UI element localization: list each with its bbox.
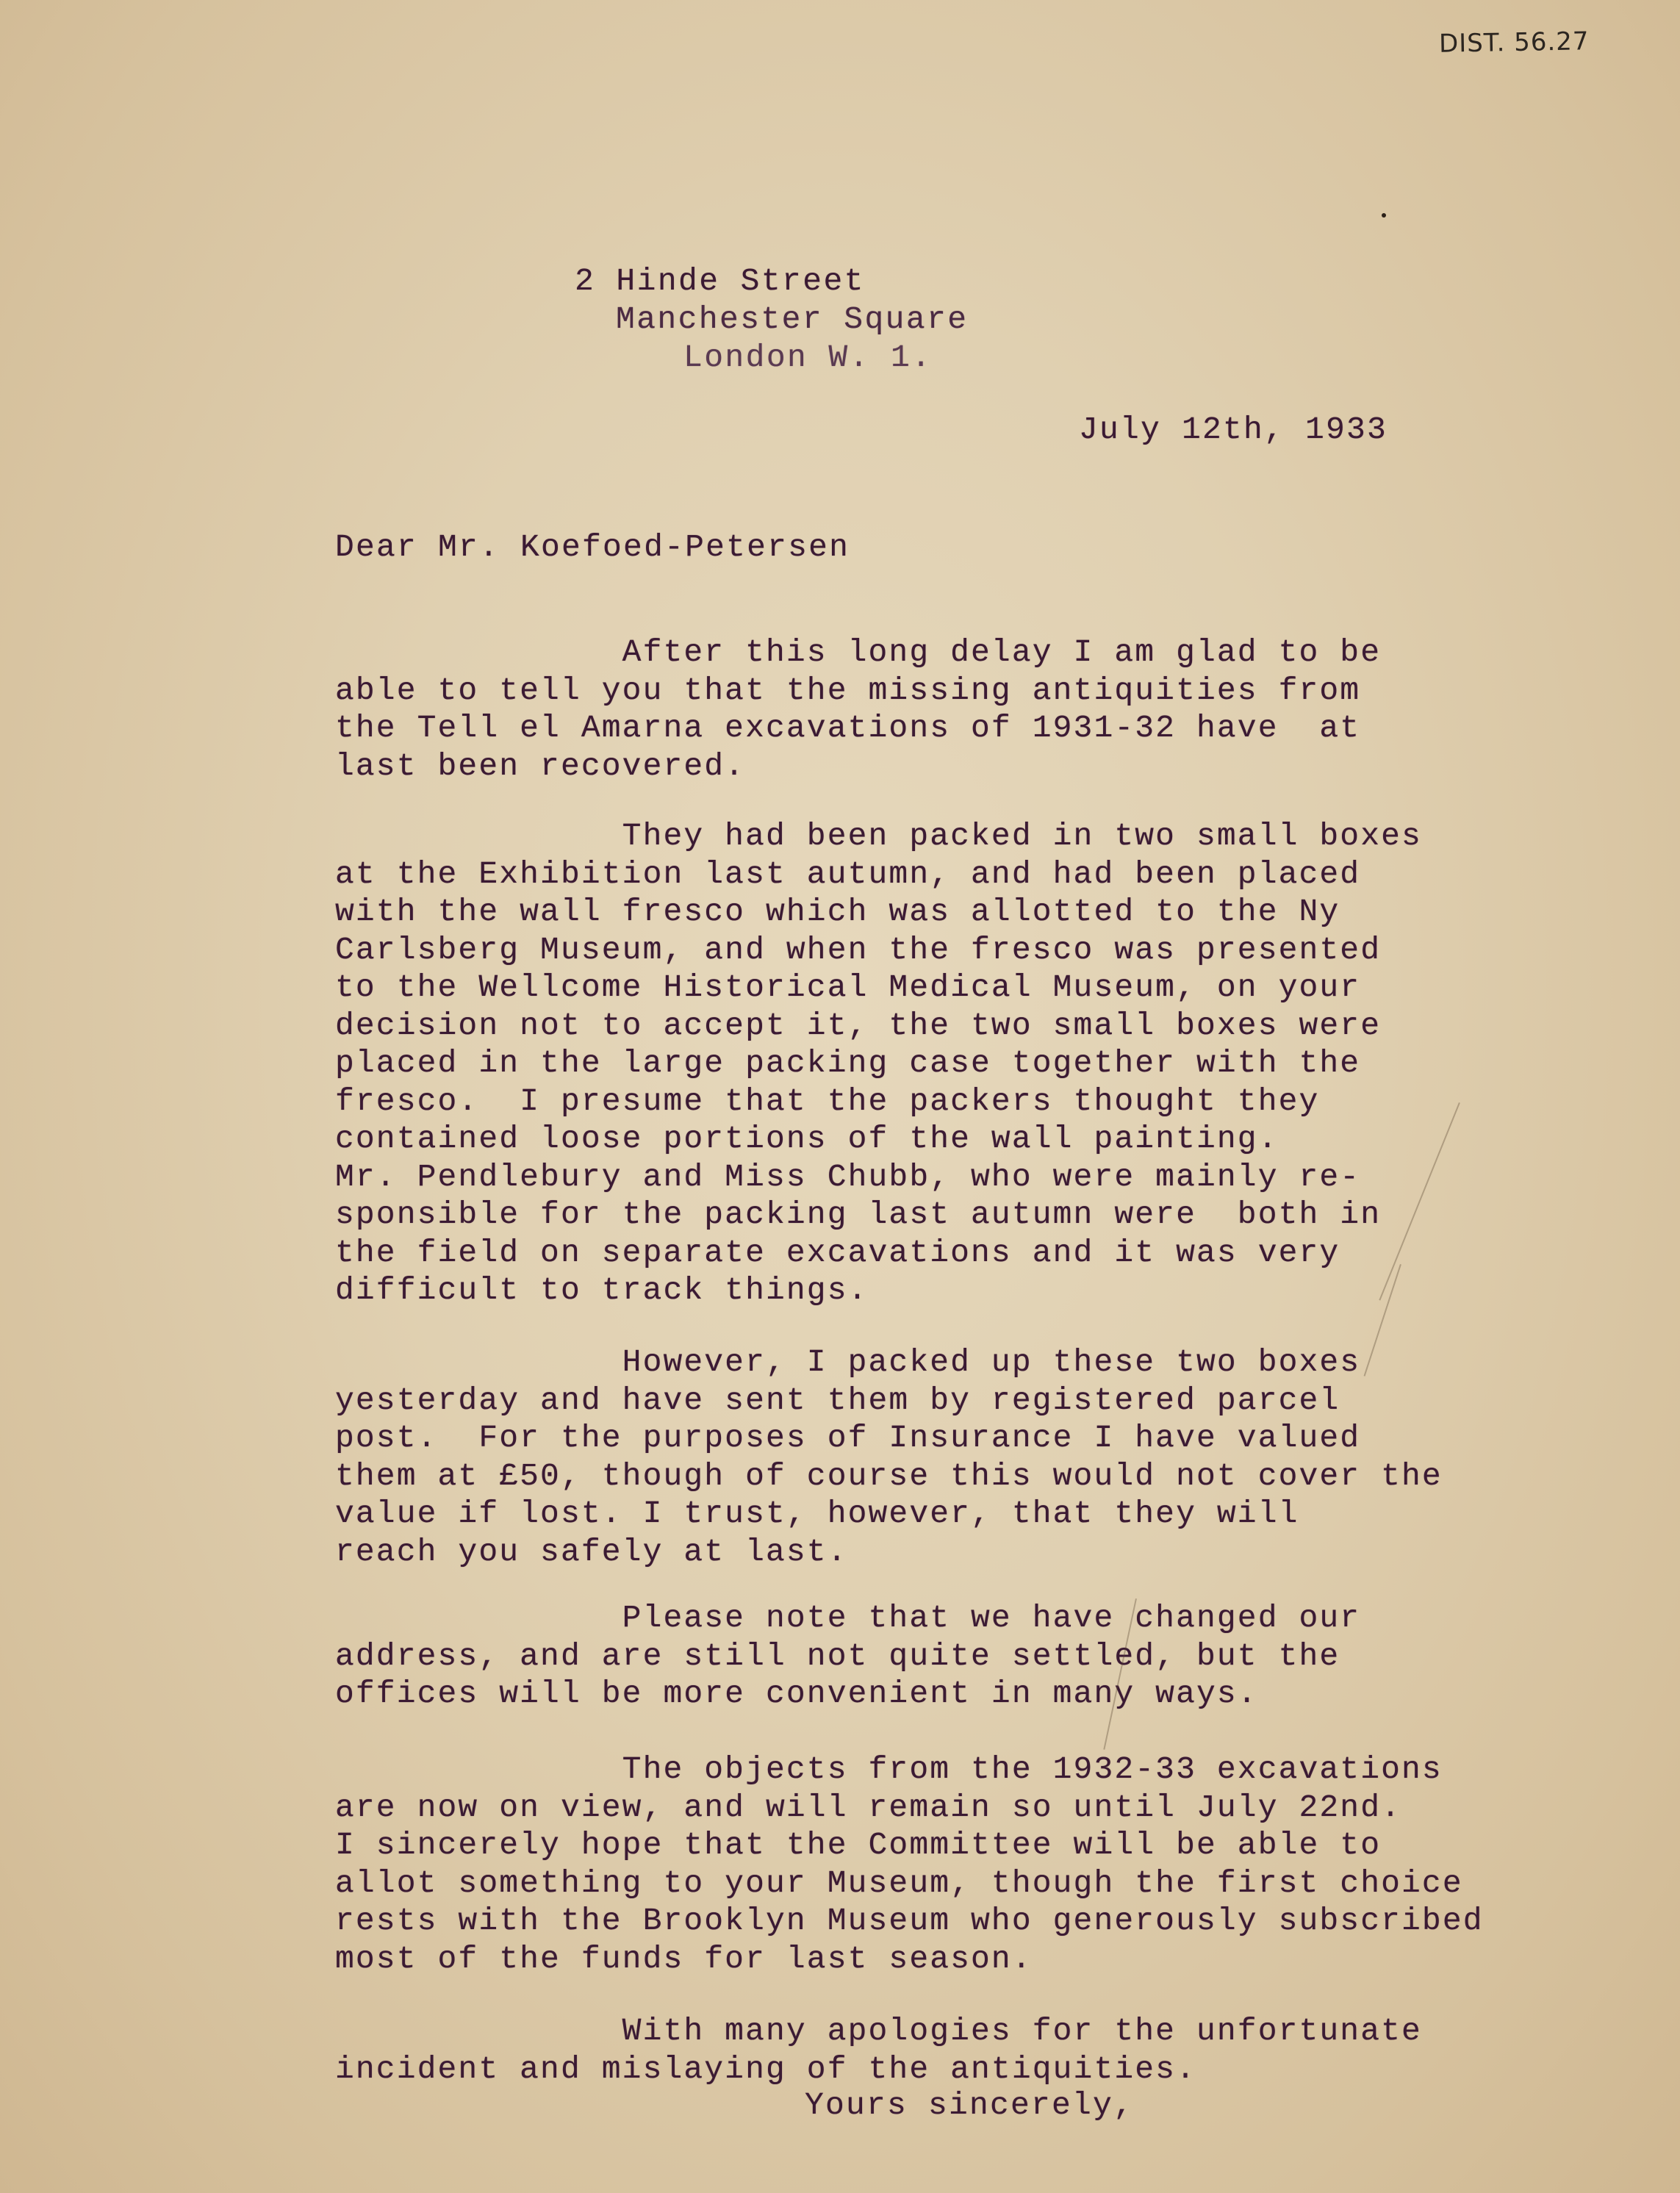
paragraph-6: With many apologies for the unfortunate … bbox=[335, 2012, 1422, 2088]
text-line: with the wall fresco which was allotted … bbox=[335, 893, 1422, 931]
text-line: The objects from the 1932-33 excavations bbox=[335, 1751, 1484, 1789]
text-line: sponsible for the packing last autumn we… bbox=[335, 1196, 1422, 1234]
text-line: last been recovered. bbox=[335, 747, 1381, 786]
text-line: They had been packed in two small boxes bbox=[335, 817, 1422, 855]
text-line: rests with the Brooklyn Museum who gener… bbox=[335, 1902, 1484, 1940]
archive-reference: DIST. 56.27 bbox=[1439, 26, 1590, 59]
text-line: incident and mislaying of the antiquitie… bbox=[335, 2050, 1422, 2089]
text-line: fresco. I presume that the packers thoug… bbox=[335, 1083, 1422, 1121]
text-line: However, I packed up these two boxes bbox=[335, 1343, 1443, 1382]
text-line: Please note that we have changed our bbox=[335, 1599, 1360, 1637]
text-line: them at £50, though of course this would… bbox=[335, 1457, 1443, 1496]
paragraph-3: However, I packed up these two boxes yes… bbox=[335, 1343, 1443, 1571]
text-line: yesterday and have sent them by register… bbox=[335, 1382, 1443, 1420]
text-line: Carlsberg Museum, and when the fresco wa… bbox=[335, 931, 1422, 969]
address-line-city: London W. 1. bbox=[683, 340, 932, 376]
paragraph-4: Please note that we have changed our add… bbox=[335, 1599, 1360, 1713]
text-line: at the Exhibition last autumn, and had b… bbox=[335, 855, 1422, 894]
text-line: allot something to your Museum, though t… bbox=[335, 1864, 1484, 1903]
letter-date: July 12th, 1933 bbox=[1079, 412, 1388, 448]
text-line: After this long delay I am glad to be bbox=[335, 634, 1381, 672]
text-line: placed in the large packing case togethe… bbox=[335, 1044, 1422, 1083]
text-line: able to tell you that the missing antiqu… bbox=[335, 672, 1381, 710]
text-line: I sincerely hope that the Committee will… bbox=[335, 1826, 1484, 1864]
paragraph-2: They had been packed in two small boxes … bbox=[335, 817, 1422, 1310]
text-line: post. For the purposes of Insurance I ha… bbox=[335, 1419, 1443, 1457]
text-line: value if lost. I trust, however, that th… bbox=[335, 1495, 1443, 1533]
text-line: Mr. Pendlebury and Miss Chubb, who were … bbox=[335, 1158, 1422, 1196]
text-line: the field on separate excavations and it… bbox=[335, 1234, 1422, 1272]
paragraph-5: The objects from the 1932-33 excavations… bbox=[335, 1751, 1484, 1978]
address-line-street: 2 Hinde Street bbox=[575, 263, 865, 299]
text-line: are now on view, and will remain so unti… bbox=[335, 1789, 1484, 1827]
closing: Yours sincerely, bbox=[805, 2087, 1134, 2124]
text-line: the Tell el Amarna excavations of 1931-3… bbox=[335, 709, 1381, 747]
text-line: With many apologies for the unfortunate bbox=[335, 2012, 1422, 2050]
text-line: reach you safely at last. bbox=[335, 1533, 1443, 1571]
text-line: address, and are still not quite settled… bbox=[335, 1637, 1360, 1676]
text-line: offices will be more convenient in many … bbox=[335, 1675, 1360, 1713]
paper-fiber bbox=[1382, 213, 1386, 218]
text-line: difficult to track things. bbox=[335, 1271, 1422, 1310]
text-line: most of the funds for last season. bbox=[335, 1940, 1484, 1978]
salutation: Dear Mr. Koefoed-Petersen bbox=[335, 529, 850, 566]
text-line: to the Wellcome Historical Medical Museu… bbox=[335, 969, 1422, 1007]
paragraph-1: After this long delay I am glad to be ab… bbox=[335, 634, 1381, 785]
letter-page: DIST. 56.27 2 Hinde Street Manchester Sq… bbox=[0, 0, 1680, 2193]
text-line: contained loose portions of the wall pai… bbox=[335, 1120, 1422, 1158]
text-line: decision not to accept it, the two small… bbox=[335, 1007, 1422, 1045]
address-line-square: Manchester Square bbox=[616, 301, 968, 337]
